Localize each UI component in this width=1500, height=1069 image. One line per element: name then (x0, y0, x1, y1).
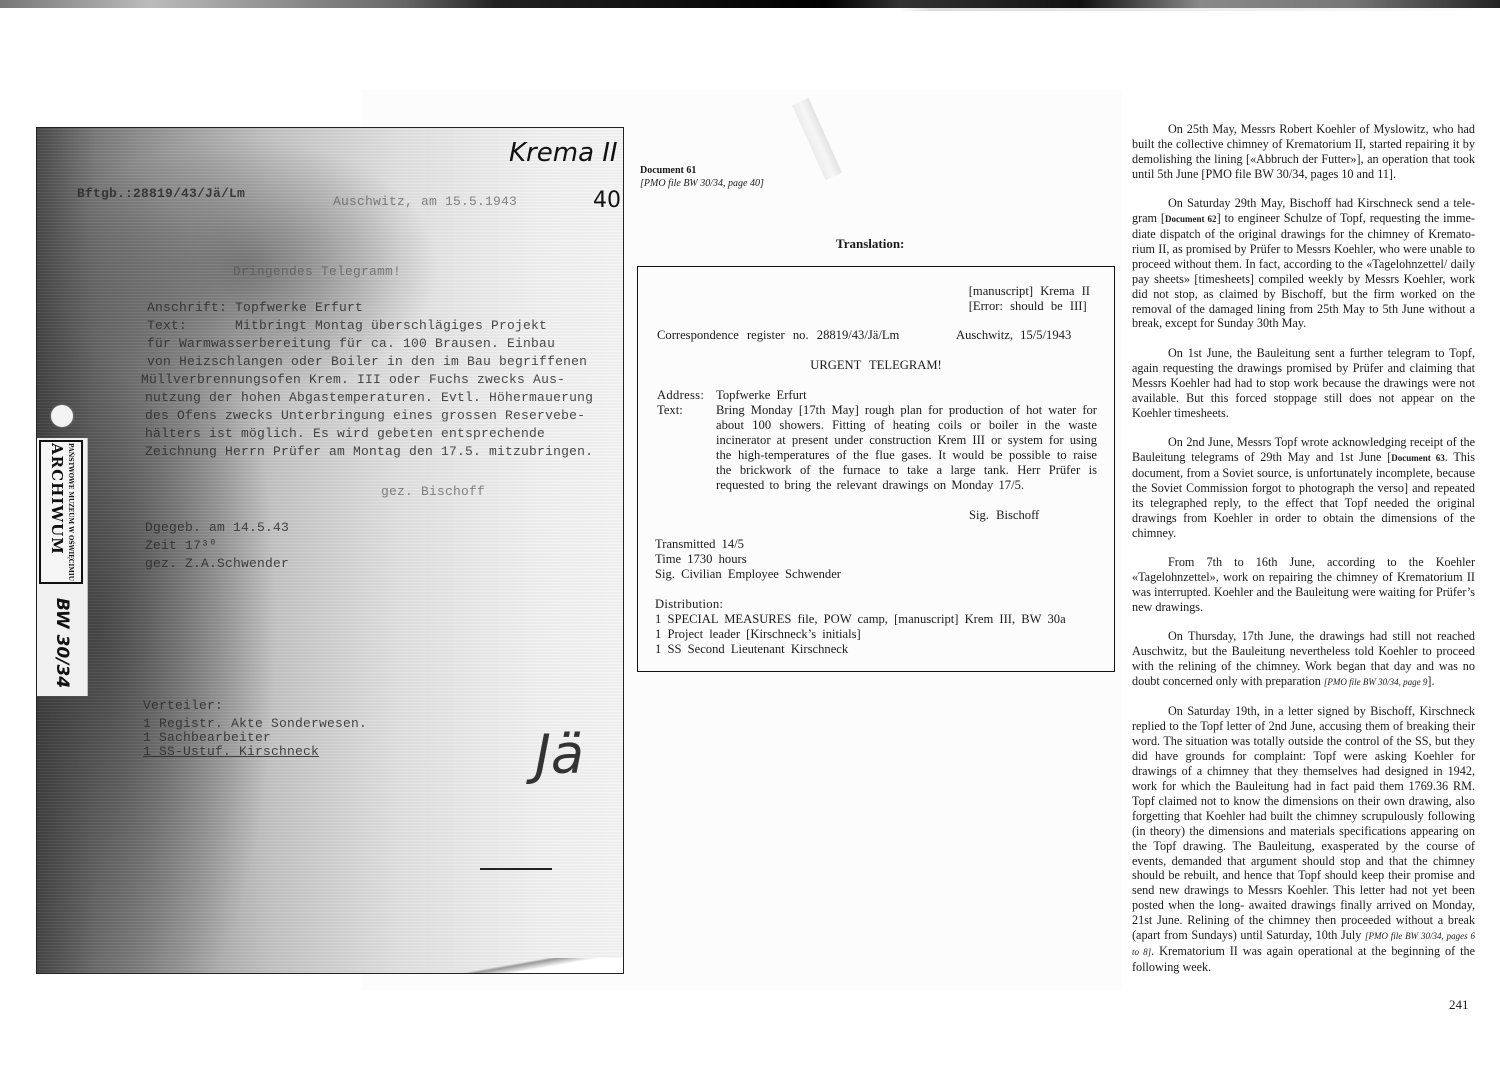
archive-stamp-small: PAŃSTWOWE MUZEUM W OŚWIĘCIMIU (67, 443, 74, 581)
page-number: 241 (1449, 997, 1469, 1013)
handwritten-krema-note: Krema II (509, 138, 618, 168)
archive-stamp-main: ARCHIWUM (48, 443, 66, 555)
translation-box: [manuscript] Krema II [Error: should be … (637, 266, 1115, 672)
address-label: Address: (657, 388, 704, 403)
document-63-reference: Document 63 (1391, 453, 1444, 463)
handwritten-dash (480, 868, 552, 870)
transmit-block: Transmitted 14/5 Time 1730 hours Sig. Ci… (655, 537, 841, 582)
archive-stamp-box: PAŃSTWOWE MUZEUM W OŚWIĘCIMIU ARCHIWUM (39, 440, 83, 584)
paragraph: On Saturday 29th May, Bischoff had Kirsc… (1132, 196, 1475, 331)
punch-hole (51, 405, 73, 427)
translation-heading: Translation: (836, 236, 904, 252)
distribution-list: 1 SPECIAL MEASURES file, POW camp, [manu… (655, 612, 1066, 657)
paragraph: From 7th to 16th June, according to the … (1132, 555, 1475, 615)
text-label: Text: (657, 403, 683, 418)
document-reference: [PMO file BW 30/34, page 40] (640, 178, 764, 189)
distribution-item: 1 SPECIAL MEASURES file, POW camp, [manu… (655, 612, 1066, 627)
distribution-label: Distribution: (655, 597, 723, 612)
telegram-title: URGENT TELEGRAM! (638, 358, 1114, 373)
place-date: Auschwitz, 15/5/1943 (956, 328, 1071, 343)
signature: Sig. Bischoff (969, 508, 1039, 523)
distribution-item: 1 Project leader [Kirschneck’s initials] (655, 627, 1066, 642)
original-register-line: Bftgb.:28819/43/Jä/Lm (77, 186, 245, 201)
archive-file-number: BW 30/34 (45, 598, 79, 688)
paragraph: On 25th May, Messrs Robert Koehler of My… (1132, 122, 1475, 182)
handwritten-initials: Jä (535, 723, 584, 786)
pmo-reference: [PMO file BW 30/34, page 9 (1324, 677, 1427, 687)
document-62-reference: Document 62 (1165, 214, 1217, 224)
original-place-date: Auschwitz, am 15.5.1943 (333, 194, 517, 209)
handwritten-page-number: 40 (593, 188, 621, 213)
archive-stamp: PAŃSTWOWE MUZEUM W OŚWIĘCIMIU ARCHIWUM B… (37, 438, 88, 696)
document-label: Document 61 (640, 165, 696, 176)
address-value: Topfwerke Erfurt (716, 388, 807, 403)
commentary-column: On 25th May, Messrs Robert Koehler of My… (1132, 122, 1475, 989)
original-title: Dringendes Telegramm! (233, 264, 401, 279)
paragraph: On 2nd June, Messrs Topf wrote acknowled… (1132, 435, 1475, 540)
distribution-item: 1 SS Second Lieutenant Kirschneck (655, 642, 1066, 657)
scan-edge (0, 0, 1500, 8)
paragraph: On Saturday 19th, in a letter signed by … (1132, 704, 1475, 974)
original-document-photo: Krema II 40 Bftgb.:28819/43/Jä/Lm Auschw… (36, 127, 624, 974)
torn-edge (437, 958, 623, 973)
paragraph: On Thursday, 17th June, the drawings had… (1132, 629, 1475, 690)
paragraph: On 1st June, the Bauleitung sent a furth… (1132, 346, 1475, 421)
correspondence-register: Correspondence register no. 28819/43/Jä/… (657, 328, 899, 343)
telegram-text: Bring Monday [17th May] rough plan for p… (716, 403, 1097, 493)
original-signed: gez. Bischoff (381, 484, 485, 499)
manuscript-note: [manuscript] Krema II [Error: should be … (969, 284, 1090, 314)
